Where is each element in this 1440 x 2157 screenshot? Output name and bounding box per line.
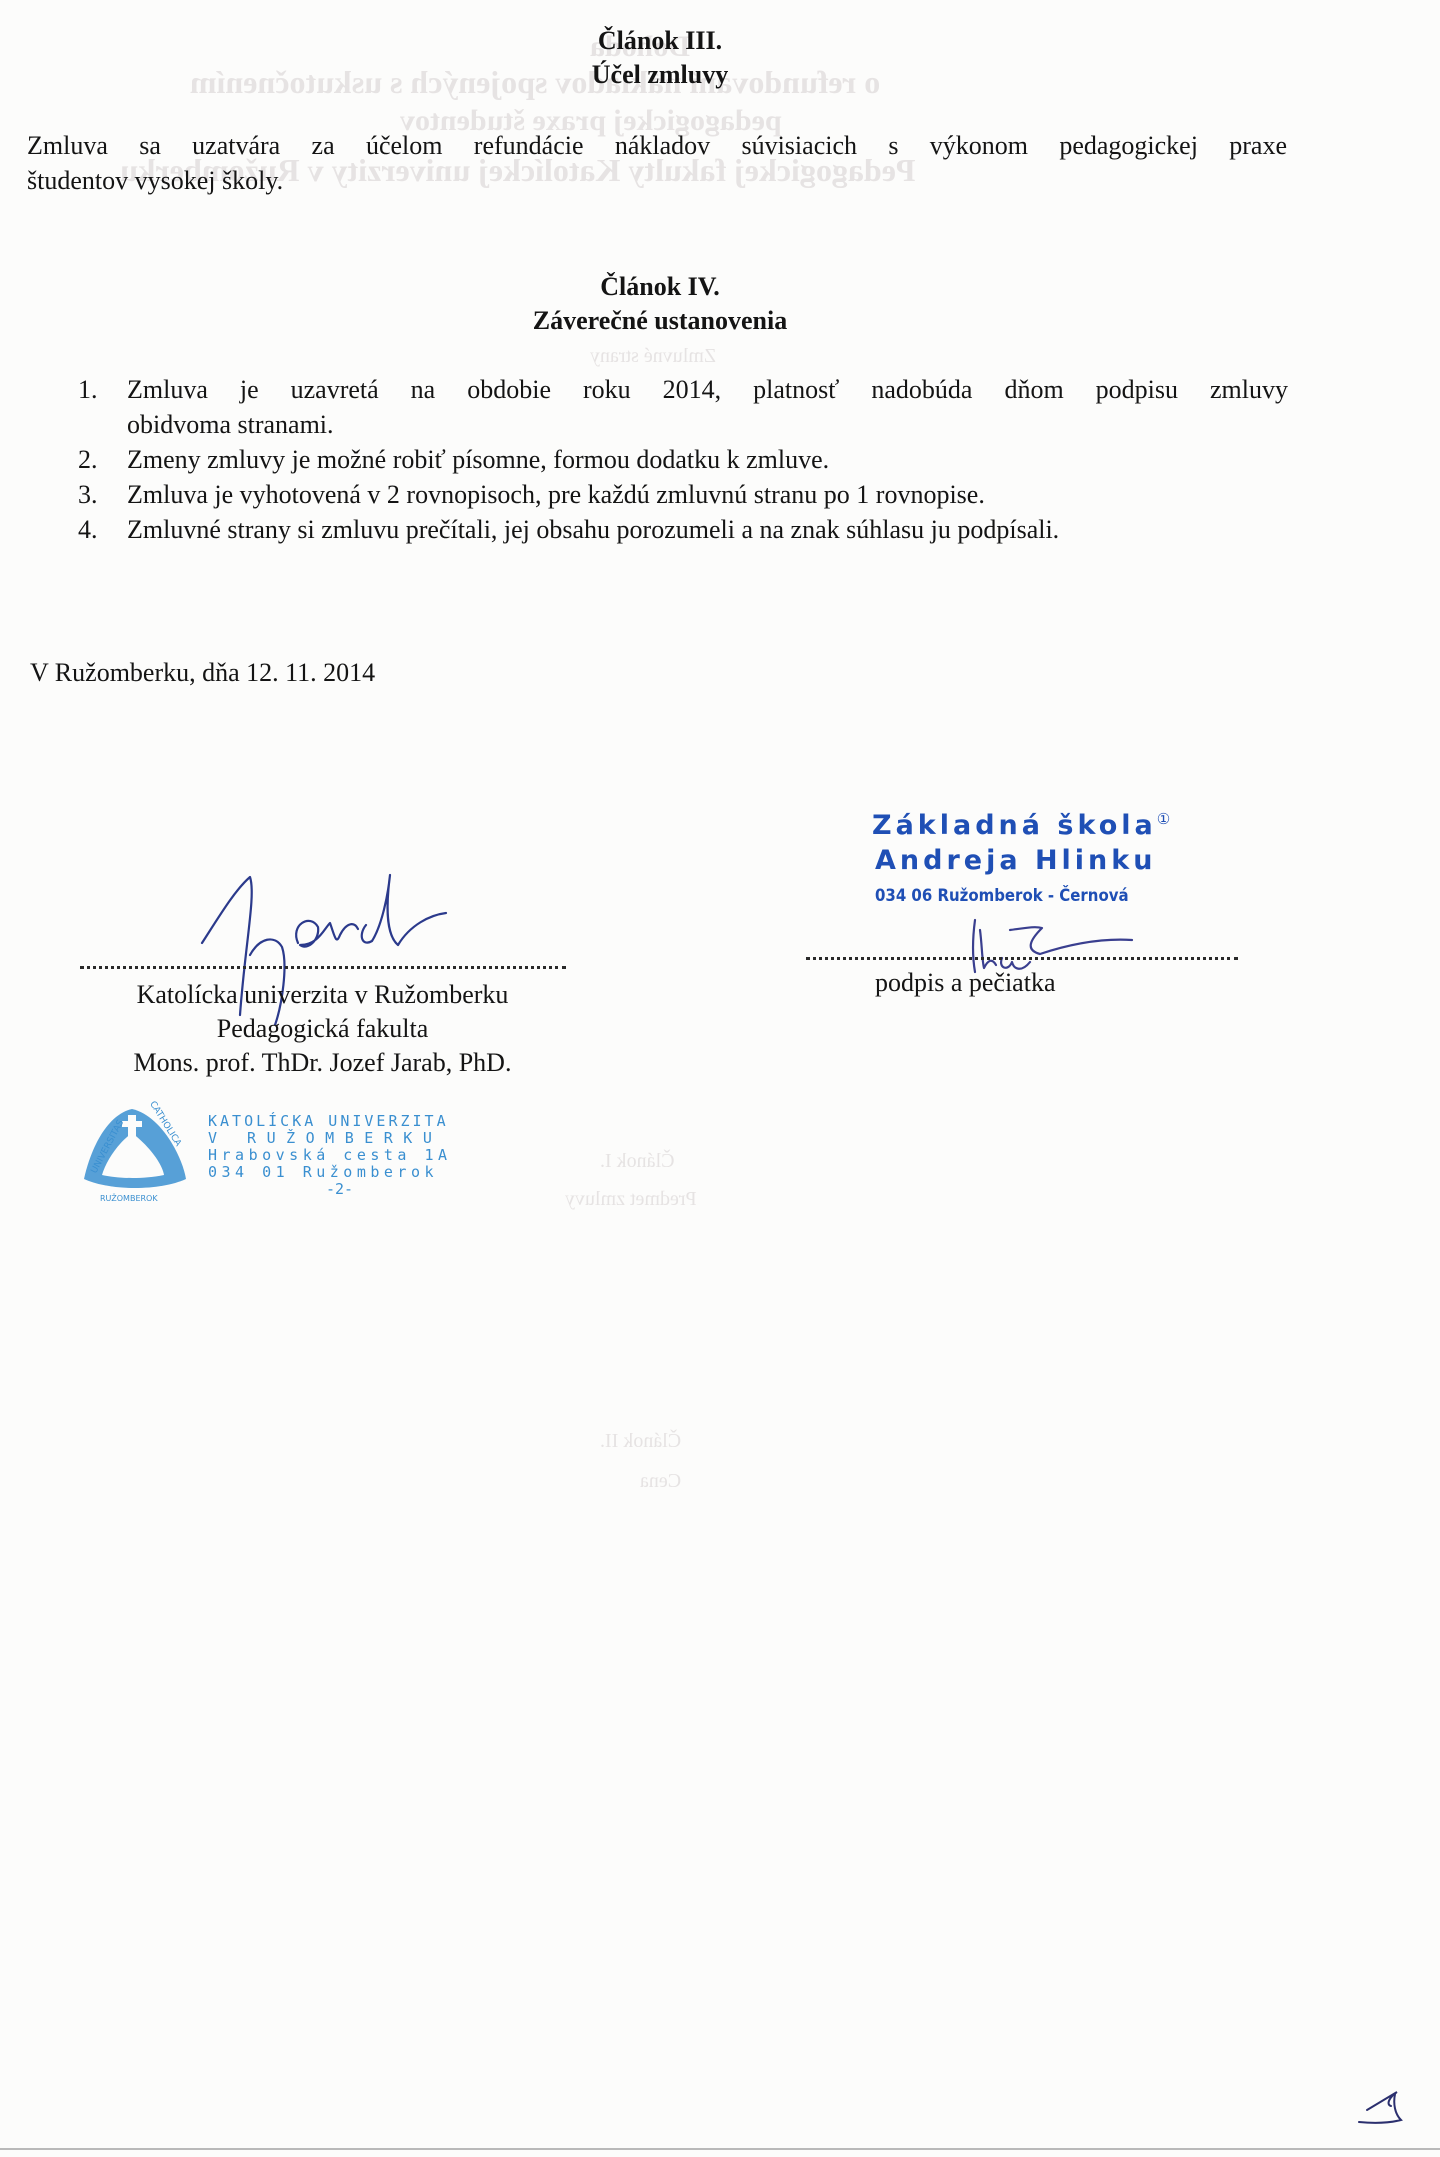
list-item: 4. Zmluvné strany si zmluvu prečítali, j… [78,512,1288,547]
article-3-paragraph-line-2: študentov vysokej školy. [27,163,1287,198]
signature-caption-right: podpis a pečiatka [875,968,1056,998]
article-3-subtitle: Účel zmluvy [460,60,860,90]
page-edge-line [0,2148,1440,2150]
place-date: V Ružomberku, dňa 12. 11. 2014 [30,658,375,688]
university-stamp-logo: UNIVERSITAS CATHOLICA RUŽOMBEROK [70,1095,200,1205]
list-item-text: Zmluvné strany si zmluvu prečítali, jej … [127,512,1288,547]
university-stamp-line-2: V RUŽOMBERKU [208,1130,452,1147]
list-item-number: 1. [78,372,98,407]
list-item-number: 3. [78,477,98,512]
list-item-number: 2. [78,442,98,477]
list-item: 1. Zmluva je uzavretá na obdobie roku 20… [78,372,1288,442]
list-item-text: Zmeny zmluvy je možné robiť písomne, for… [127,442,1288,477]
signatory-left: Katolícka univerzita v Ružomberku Pedago… [60,978,585,1080]
university-stamp-line-1: KATOLÍCKA UNIVERZITA [208,1113,452,1130]
signatory-left-institution: Katolícka univerzita v Ružomberku [60,978,585,1012]
show-through-section-c2: Cena [640,1470,681,1493]
school-stamp-line-3: 034 06 Ružomberok - Černová [875,886,1129,906]
signatory-left-name: Mons. prof. ThDr. Jozef Jarab, PhD. [60,1046,585,1080]
list-item-number: 4. [78,512,98,547]
show-through-section-b2: Predmet zmluvy [565,1188,697,1211]
article-3-paragraph: Zmluva sa uzatvára za účelom refundácie … [27,128,1287,198]
school-stamp-line-1: Základná škola① [872,810,1170,841]
document-page: Dohoda o refundovaní nákladov spojených … [0,0,1440,2157]
list-item-text: Zmluva je uzavretá na obdobie roku 2014,… [127,372,1288,407]
university-stamp-text: KATOLÍCKA UNIVERZITA V RUŽOMBERKU Hrabov… [208,1113,452,1198]
article-3-title: Článok III. [460,26,860,56]
university-stamp-line-4: 034 01 Ružomberok [208,1164,452,1181]
article-4-subtitle: Záverečné ustanovenia [460,306,860,336]
list-item-text-continued: obidvoma stranami. [127,407,1288,442]
signature-line-left [80,966,566,969]
university-stamp-page-number: -2- [208,1181,452,1198]
show-through-section-b1: Článok I. [600,1150,674,1173]
university-stamp-arc-bottom: RUŽOMBEROK [100,1192,158,1203]
school-stamp-line-2: Andreja Hlinku [875,845,1156,876]
show-through-section-a: Zmluvné strany [590,345,716,368]
article-4-title: Článok IV. [460,272,860,302]
school-stamp-mark: ① [1157,810,1170,828]
initials-mark [1355,2090,1415,2130]
list-item: 3. Zmluva je vyhotovená v 2 rovnopisoch,… [78,477,1288,512]
signature-line-right [806,957,1238,960]
show-through-section-c1: Článok II. [600,1430,681,1453]
list-item: 2. Zmeny zmluvy je možné robiť písomne, … [78,442,1288,477]
signatory-left-faculty: Pedagogická fakulta [60,1012,585,1046]
article-3-paragraph-line-1: Zmluva sa uzatvára za účelom refundácie … [27,128,1287,163]
school-stamp-name: Základná škola [872,810,1157,841]
provisions-list: 1. Zmluva je uzavretá na obdobie roku 20… [78,372,1288,547]
list-item-text: Zmluva je vyhotovená v 2 rovnopisoch, pr… [127,477,1288,512]
university-stamp-line-3: Hrabovská cesta 1A [208,1147,452,1164]
